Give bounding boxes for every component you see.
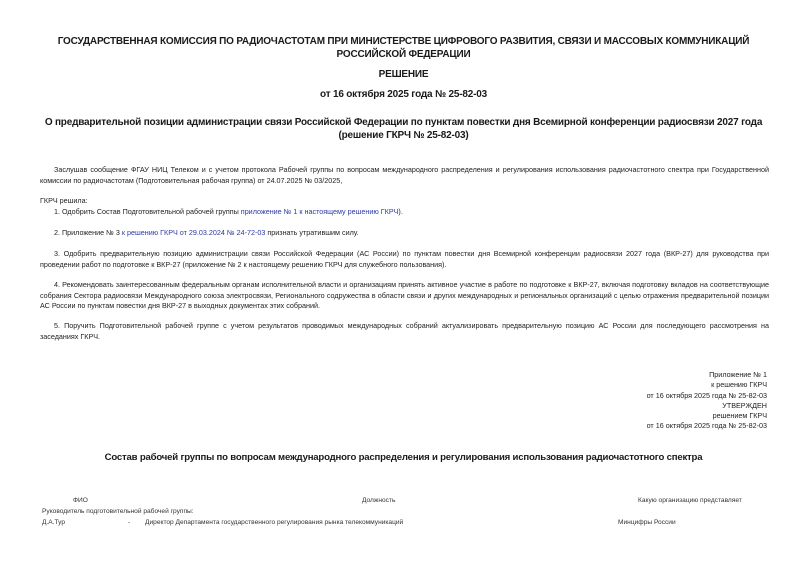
item-2-text: 2. Приложение № 3 bbox=[54, 228, 122, 237]
column-header-position: Должность bbox=[362, 497, 395, 504]
composition-title: Состав рабочей группы по вопросам междун… bbox=[40, 452, 767, 463]
decision-item-3: 3. Одобрить предварительную позицию адми… bbox=[40, 249, 769, 270]
decision-item-1: 1. Одобрить Состав Подготовительной рабо… bbox=[40, 207, 769, 218]
decision-date-number: от 16 октября 2025 года № 25-82-03 bbox=[40, 88, 767, 101]
commission-title: ГОСУДАРСТВЕННАЯ КОМИССИЯ ПО РАДИОЧАСТОТА… bbox=[40, 35, 767, 61]
decision-subject: О предварительной позиции администрации … bbox=[40, 116, 767, 142]
member-position: Директор Департамента государственного р… bbox=[145, 519, 403, 526]
approved-line: УТВЕРЖДЕН bbox=[647, 401, 767, 411]
decision-item-2: 2. Приложение № 3 к решению ГКРЧ от 29.0… bbox=[40, 228, 769, 239]
column-header-organization: Какую организацию представляет bbox=[638, 497, 742, 504]
preamble-paragraph: Заслушав сообщение ФГАУ НИЦ Телеком и с … bbox=[40, 165, 769, 186]
appendix-line: от 16 октября 2025 года № 25-82-03 bbox=[647, 391, 767, 401]
decision-item-4: 4. Рекомендовать заинтересованным федера… bbox=[40, 280, 769, 312]
document-type: РЕШЕНИЕ bbox=[40, 68, 767, 81]
appendix-line: к решению ГКРЧ bbox=[647, 380, 767, 390]
member-organization: Минцифры России bbox=[618, 519, 676, 526]
member-name: Д.А.Тур bbox=[42, 519, 65, 526]
item-1-tail: ). bbox=[398, 207, 402, 216]
section-lead-label: Руководитель подготовительной рабочей гр… bbox=[42, 508, 194, 515]
appendix-1-link[interactable]: приложение № 1 к настоящему решению ГКРЧ bbox=[241, 207, 399, 216]
approved-line: от 16 октября 2025 года № 25-82-03 bbox=[647, 421, 767, 431]
column-header-fio: ФИО bbox=[73, 497, 88, 504]
item-1-text: 1. Одобрить Состав Подготовительной рабо… bbox=[54, 207, 241, 216]
member-dash: - bbox=[128, 519, 130, 526]
decision-item-5: 5. Поручить Подготовительной рабочей гру… bbox=[40, 321, 769, 342]
item-2-tail: признать утратившим силу. bbox=[265, 228, 358, 237]
decided-label: ГКРЧ решила: bbox=[40, 196, 769, 207]
previous-decision-link[interactable]: к решению ГКРЧ от 29.03.2024 № 24-72-03 bbox=[122, 228, 266, 237]
document-page: ГОСУДАРСТВЕННАЯ КОМИССИЯ ПО РАДИОЧАСТОТА… bbox=[0, 0, 807, 571]
appendix-line: Приложение № 1 bbox=[647, 370, 767, 380]
appendix-header: Приложение № 1 к решению ГКРЧ от 16 октя… bbox=[647, 370, 767, 432]
approved-line: решением ГКРЧ bbox=[647, 411, 767, 421]
